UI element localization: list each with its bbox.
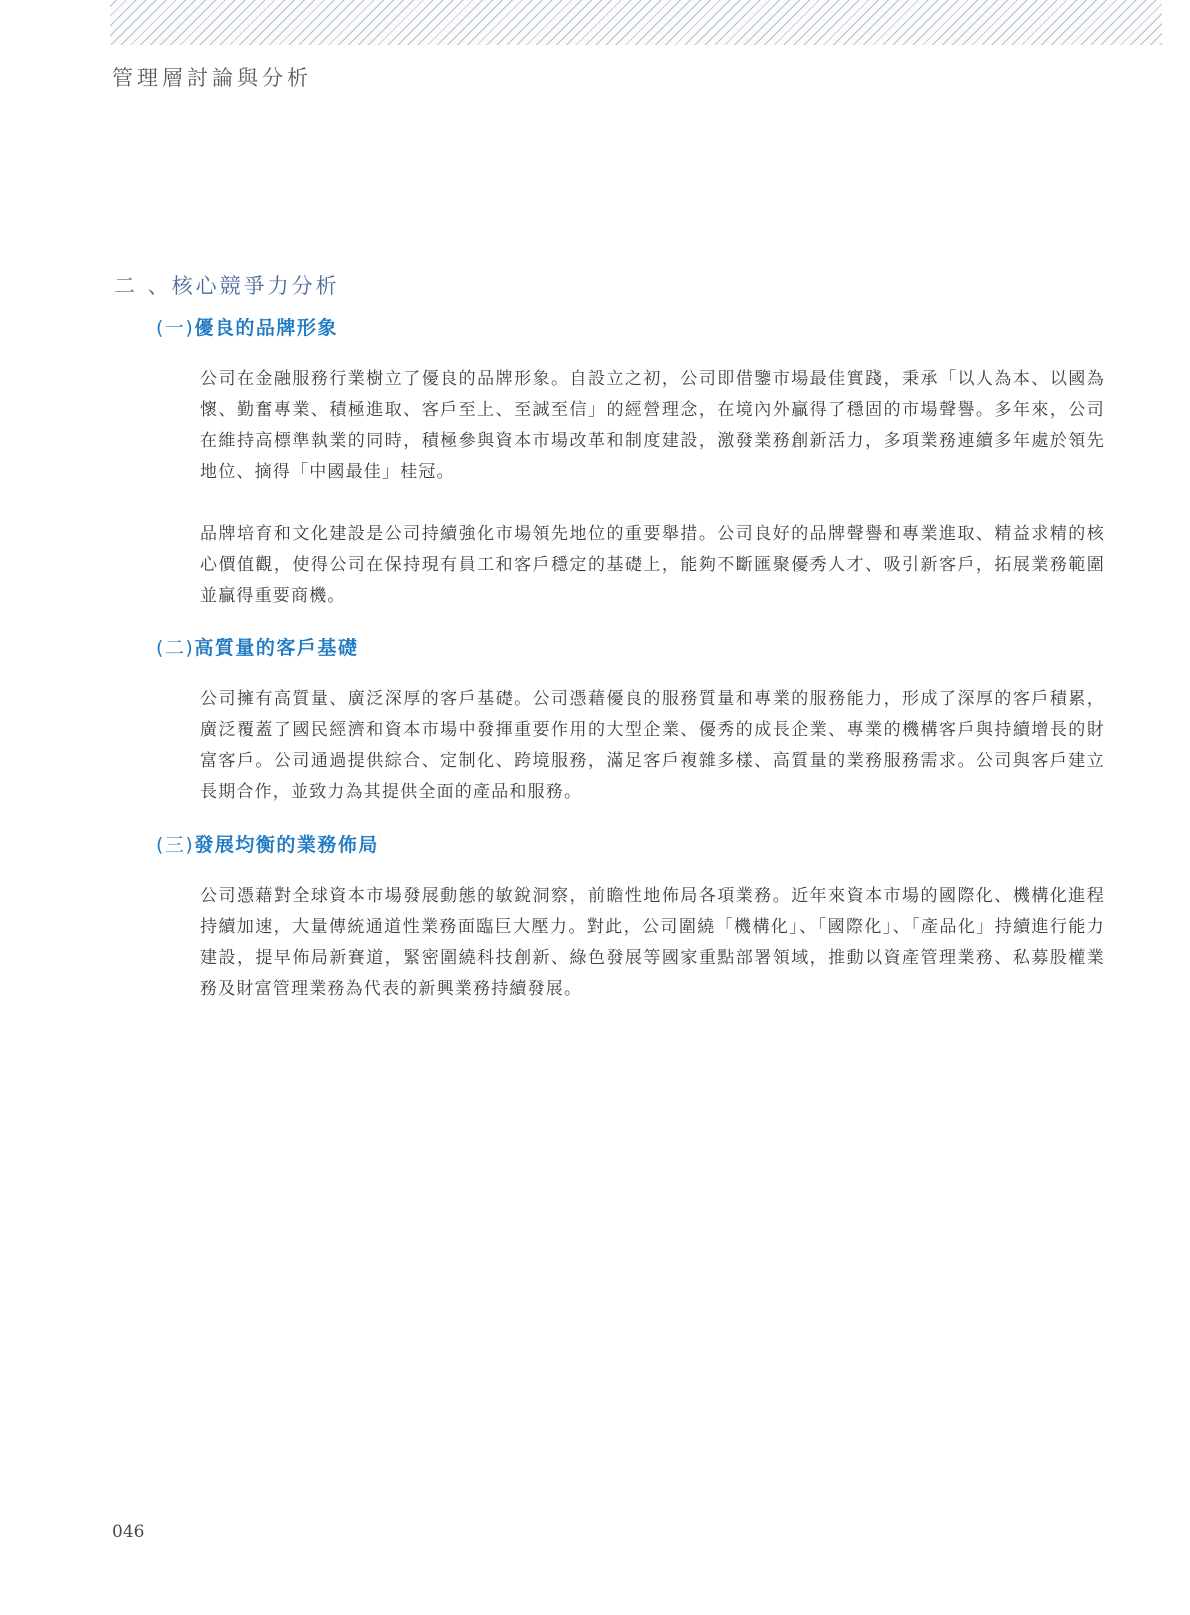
- subsection-heading: (三)發展均衡的業務佈局: [0, 831, 1190, 859]
- subsection-heading: (一)優良的品牌形象: [0, 314, 1190, 342]
- subsection-number: (三): [156, 834, 194, 856]
- subsection-number: (一): [156, 317, 194, 339]
- subsection-business-layout: (三)發展均衡的業務佈局 公司憑藉對全球資本市場發展動態的敏銳洞察，前瞻性地佈局…: [0, 831, 1190, 1005]
- paragraph: 公司在金融服務行業樹立了優良的品牌形象。自設立之初，公司即借鑒市場最佳實踐，秉承…: [0, 364, 1105, 488]
- subsection-client-base: (二)高質量的客戶基礎 公司擁有高質量、廣泛深厚的客戶基礎。公司憑藉優良的服務質…: [0, 634, 1190, 808]
- paragraph: 品牌培育和文化建設是公司持續強化市場領先地位的重要舉措。公司良好的品牌聲譽和專業…: [0, 519, 1105, 612]
- subsection-number: (二): [156, 637, 194, 659]
- running-header: 管理層討論與分析: [112, 62, 312, 92]
- subsection-heading: (二)高質量的客戶基礎: [0, 634, 1190, 662]
- section-title: 二 、核心競爭力分析: [114, 270, 340, 300]
- decorative-hatch-band: [110, 0, 1162, 45]
- subsection-title: 優良的品牌形象: [194, 317, 338, 339]
- subsection-brand-image: (一)優良的品牌形象 公司在金融服務行業樹立了優良的品牌形象。自設立之初，公司即…: [0, 314, 1190, 612]
- subsection-title: 發展均衡的業務佈局: [194, 834, 379, 856]
- page-number: 046: [112, 1522, 144, 1542]
- paragraph: 公司憑藉對全球資本市場發展動態的敏銳洞察，前瞻性地佈局各項業務。近年來資本市場的…: [0, 881, 1105, 1005]
- paragraph: 公司擁有高質量、廣泛深厚的客戶基礎。公司憑藉優良的服務質量和專業的服務能力，形成…: [0, 684, 1105, 808]
- subsection-title: 高質量的客戶基礎: [194, 637, 358, 659]
